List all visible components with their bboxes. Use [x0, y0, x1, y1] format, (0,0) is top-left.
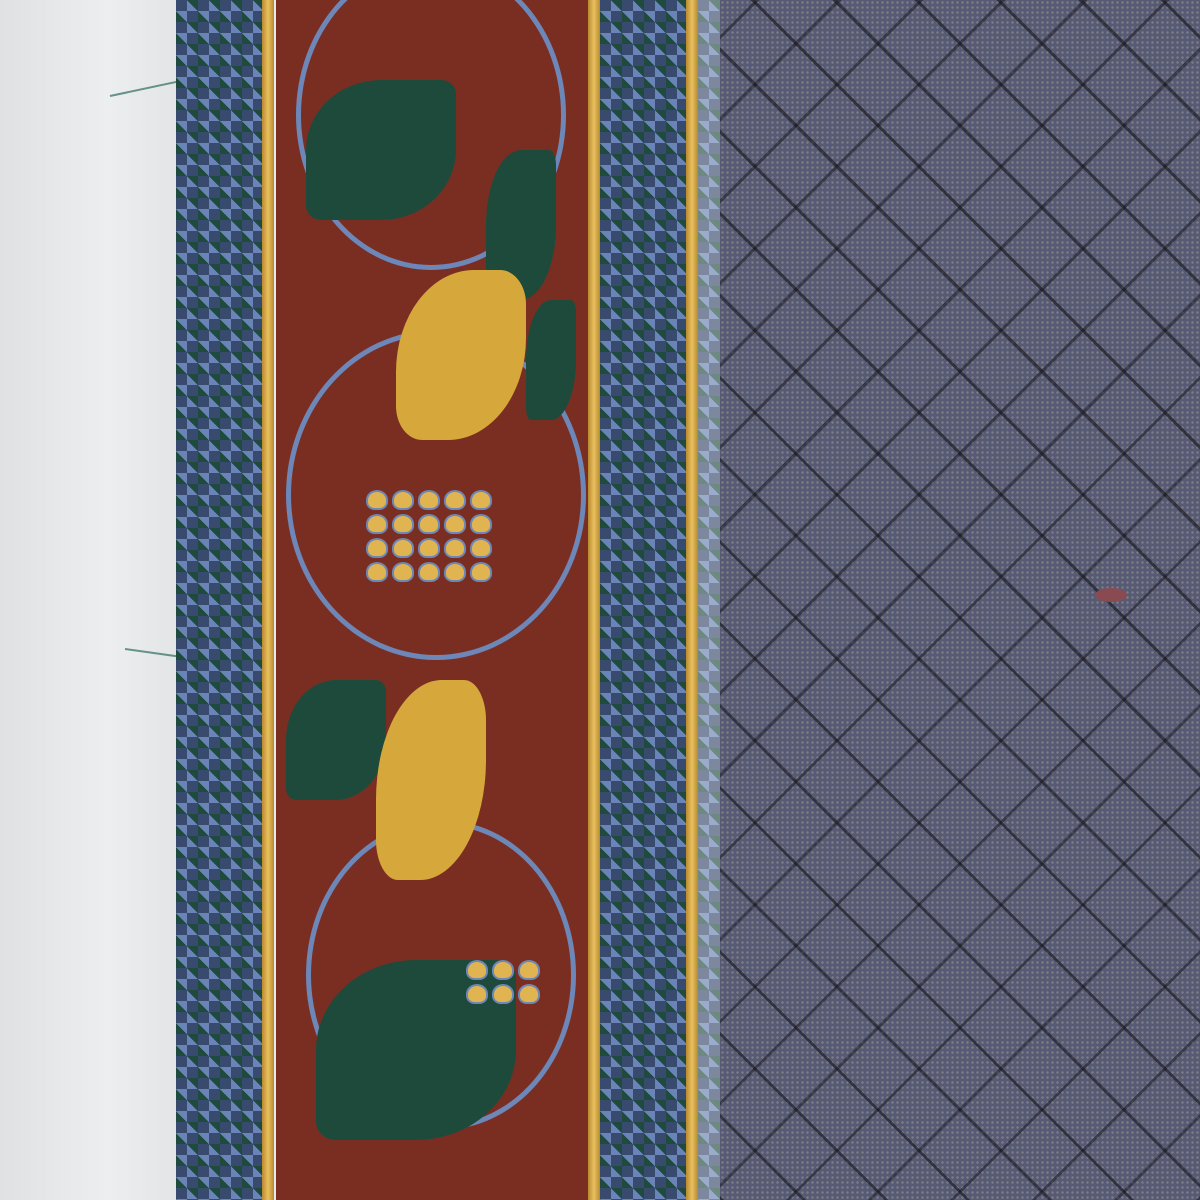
gold-stripe-left	[262, 0, 274, 1200]
grape-leaf	[306, 80, 456, 220]
grape-cluster	[366, 490, 492, 582]
left-checker-border	[176, 0, 262, 1200]
grape-vine-brocade-band	[276, 0, 588, 1200]
edge-checker-strip	[698, 0, 720, 1200]
grape-cluster	[466, 960, 540, 1004]
right-checker-border	[600, 0, 686, 1200]
grape-leaf	[286, 680, 386, 800]
gold-stripe-right	[588, 0, 600, 1200]
patterned-blue-fabric	[720, 0, 1200, 1200]
grape-leaf	[526, 300, 576, 420]
red-lint-spot	[1095, 588, 1127, 602]
gold-stripe-outer	[686, 0, 698, 1200]
white-paper-background	[0, 0, 180, 1200]
